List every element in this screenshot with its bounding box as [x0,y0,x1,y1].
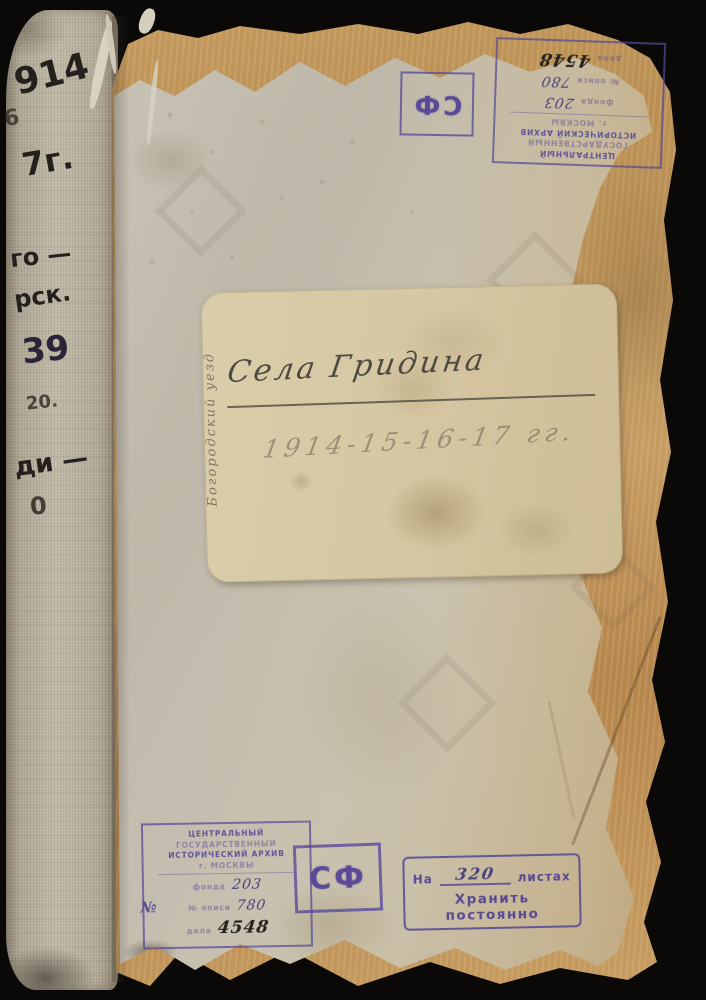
frayed-cloth [136,6,158,35]
cf-stamp-bottom: СФ [293,842,383,913]
title-label: Богородский уезд Села Гридина 1914-15-16… [201,283,623,582]
spine-text-fragment: 6 [2,105,21,132]
fond-label: фонда [193,882,226,893]
delo-value-handwriting: 4548 [216,916,270,941]
archival-book-cover-photo: 914 6 7г. го — рск. 39 20. ди — 0 Богоро… [0,0,706,1000]
delo-value-handwriting: 4548 [537,46,592,71]
book-spine: 914 6 7г. го — рск. 39 20. ди — 0 [6,10,118,990]
delo-label: дела [597,52,622,63]
archive-org-line: г. МОСКВЫ [148,859,306,872]
opis-value-handwriting: 780 [539,71,572,92]
fond-label: фонда [580,96,613,108]
district-handwriting: Богородский уезд [201,306,221,506]
listah-label: листах [517,869,570,884]
spine-cover-shadow [112,16,130,982]
numero-handwriting: № [140,897,157,918]
spine-text-fragment: 39 [20,328,71,373]
fond-value-handwriting: 203 [230,875,262,895]
na-label: На [413,872,433,886]
archive-stamp-bottom: № ЦЕНТРАЛЬНЫЙ ГОСУДАРСТВЕННЫЙ ИСТОРИЧЕСК… [141,821,313,950]
cf-stamp-letters: СФ [309,860,368,897]
fond-value-handwriting: 203 [543,91,576,112]
keep-permanently-label: Хранить постоянно [413,889,572,924]
spine-text-fragment: рск. [12,278,72,314]
spine-text-fragment: 914 [10,46,93,104]
delo-label: дела [187,926,212,937]
sheets-count-stamp: На 320 листах Хранить постоянно [402,853,582,931]
spine-text-fragment: го — [9,239,73,273]
opis-label: № описи [576,75,619,87]
spine-text-fragment: ди — [12,443,90,483]
archive-stamp-top: ЦЕНТРАЛЬНЫЙ ГОСУДАРСТВЕННЫЙ ИСТОРИЧЕСКИЙ… [492,37,666,169]
opis-label: № описи [188,903,231,914]
title-underline [227,394,595,408]
sheets-value-line: 320 [440,864,511,886]
spine-text-fragment: 7г. [19,138,76,184]
sheets-value-handwriting: 320 [454,864,496,884]
village-title-handwriting: Села Гридина [225,336,612,390]
spine-text-fragment: 0 [29,491,48,520]
cf-stamp-top: СФ [399,71,474,136]
cf-stamp-letters: СФ [411,89,462,120]
opis-value-handwriting: 780 [236,896,268,916]
years-handwriting: 1914-15-16-17 гг. [261,417,579,464]
spine-text-fragment: 20. [25,390,59,414]
